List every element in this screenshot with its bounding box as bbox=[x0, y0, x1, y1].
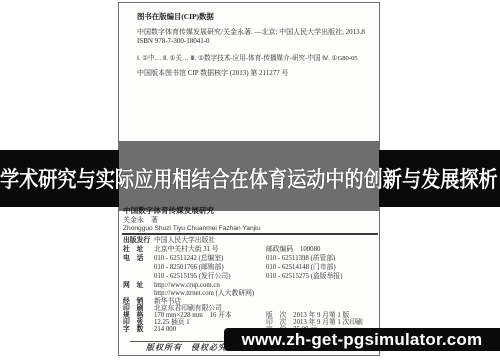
pub-info-row: 电 话010 - 62511242 (总编室)010 - 62511398 (质… bbox=[123, 254, 379, 263]
row-label: 字 数 bbox=[123, 325, 143, 334]
headline-text: 学术研究与实际应用相结合在体育运动中的创新与发展探析 bbox=[0, 166, 500, 194]
cip-title-line: 中国数字体育传媒发展研究/关金永著. —北京: 中国人民大学出版社, 2013.… bbox=[137, 28, 365, 37]
pub-info-row: 010 - 62515195 (发行公司)010 - 62515275 (盗版举… bbox=[123, 272, 379, 281]
watermark-url: www.zh-get-pgsimulator.com bbox=[242, 330, 483, 349]
row-right-value: 010 - 62514148 (门市部) bbox=[266, 263, 336, 272]
row-label: 电 话 bbox=[123, 254, 143, 263]
row-label: 出版发行 bbox=[123, 236, 150, 245]
row-label: 社 址 bbox=[123, 245, 143, 254]
row-value: 北京中关村大街 31 号 bbox=[154, 245, 219, 254]
scanned-book-page-screenshot: 学术研究与实际应用相结合在体育运动中的创新与发展探析 图书在版编目(CIP)数据… bbox=[0, 0, 500, 362]
row-right-value: 邮政编码 100080 bbox=[266, 245, 320, 254]
row-right-value: 010 - 62511398 (质管部) bbox=[266, 254, 335, 263]
cip-record-number: 中国版本图书馆 CIP 数据核字 (2013) 第 211277 号 bbox=[137, 69, 289, 78]
pub-info-row: 出版发行中国人民大学出版社 bbox=[123, 236, 379, 245]
book-title: 中国数字体育传媒发展研究 bbox=[123, 206, 214, 215]
cip-isbn: ISBN 978-7-300-18041-0 bbox=[137, 37, 210, 46]
row-value: 中国人民大学出版社 bbox=[154, 236, 215, 245]
cip-classification: Ⅰ. ①中… Ⅱ. ①关… Ⅲ. ①数字技术-应用-体育-传播媒介-研究-中国 … bbox=[137, 54, 358, 63]
row-value: 010 - 62511242 (总编室) bbox=[154, 254, 223, 263]
row-value: 010 - 82501766 (邮购部) bbox=[154, 263, 224, 272]
row-value: 010 - 62515195 (发行公司) bbox=[154, 272, 230, 281]
pub-info-row: 010 - 82501766 (邮购部)010 - 62514148 (门市部) bbox=[123, 263, 379, 272]
pub-info-row: 社 址北京中关村大街 31 号邮政编码 100080 bbox=[123, 245, 379, 254]
book-title-pinyin: Zhongguo Shuzi Tiyu Chuanmei Fazhan Yanj… bbox=[123, 224, 260, 233]
row-right-value: 010 - 62515275 (盗版举报) bbox=[266, 272, 342, 281]
cip-heading: 图书在版编目(CIP)数据 bbox=[137, 12, 214, 21]
title-divider-rule bbox=[122, 233, 378, 235]
row-value: 214 000 bbox=[154, 325, 176, 334]
watermark-box: www.zh-get-pgsimulator.com bbox=[224, 328, 500, 351]
